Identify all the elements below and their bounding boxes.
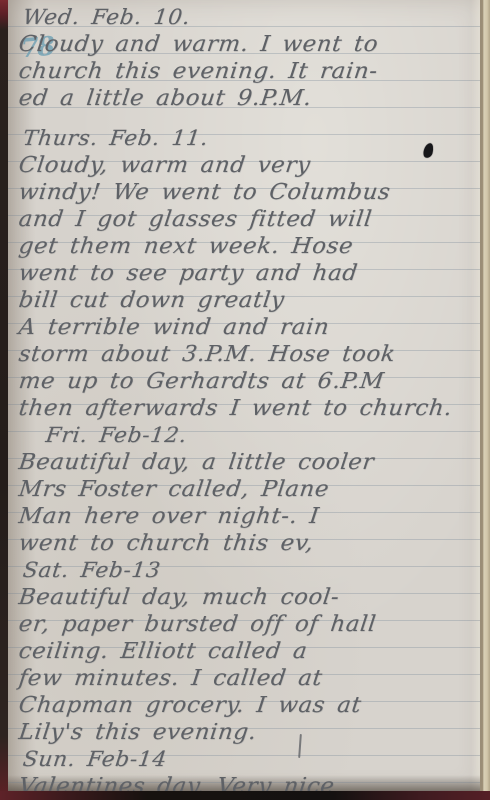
entry-line: me up to Gerhardts at 6.P.M (15, 368, 490, 395)
entry-line: went to see party and had (15, 260, 490, 287)
entry-line: and I got glasses fitted will (15, 206, 490, 233)
entry-line: then afterwards I went to church. (15, 395, 490, 422)
entry-line: Lily's this evening. (15, 719, 490, 746)
entry-line: ceiling. Elliott called a (15, 638, 490, 665)
underlying-page-edge (482, 0, 490, 791)
diary-page: 78 Wed. Feb. 10. Cloudy and warm. I went… (8, 0, 482, 791)
entry-line: Beautiful day, a little cooler (15, 449, 490, 476)
entry-line: get them next week. Hose (15, 233, 490, 260)
entry-line: church this evening. It rain- (15, 58, 490, 85)
entry-line: few minutes. I called at (15, 665, 490, 692)
entry-line: Cloudy, warm and very (15, 152, 490, 179)
entry-date: Fri. Feb-12. (15, 422, 490, 449)
entry-line: Beautiful day, much cool- (15, 584, 490, 611)
entry-date: Wed. Feb. 10. (15, 4, 490, 31)
entry-line: A terrible wind and rain (15, 314, 490, 341)
diary-scan: 78 Wed. Feb. 10. Cloudy and warm. I went… (0, 0, 490, 800)
diary-entry-wed-feb-10: Wed. Feb. 10. Cloudy and warm. I went to… (15, 4, 470, 112)
entry-line: storm about 3.P.M. Hose took (15, 341, 490, 368)
book-spine-edge (0, 0, 8, 800)
entry-date: Sun. Feb-14 (15, 746, 490, 773)
entry-line: Man here over night-. I (15, 503, 490, 530)
diary-entry-sat-feb-13: Sat. Feb-13 Beautiful day, much cool- er… (15, 557, 470, 746)
entry-line: windy! We went to Columbus (15, 179, 490, 206)
entry-line: er, paper bursted off of hall (15, 611, 490, 638)
entry-date: Thurs. Feb. 11. (15, 125, 490, 152)
entry-line: ed a little about 9.P.M. (15, 85, 490, 112)
entry-line: Mrs Foster called, Plane (15, 476, 490, 503)
entry-date: Sat. Feb-13 (15, 557, 490, 584)
entry-line: Cloudy and warm. I went to (15, 31, 490, 58)
entry-line: Chapman grocery. I was at (15, 692, 490, 719)
diary-entry-fri-feb-12: Fri. Feb-12. Beautiful day, a little coo… (15, 422, 470, 557)
entry-line: went to church this ev, (15, 530, 490, 557)
handwritten-entries: Wed. Feb. 10. Cloudy and warm. I went to… (15, 4, 470, 800)
diary-entry-thurs-feb-11: Thurs. Feb. 11. Cloudy, warm and very wi… (15, 125, 470, 422)
entry-line: bill cut down greatly (15, 287, 490, 314)
book-cover-bottom-edge (0, 791, 490, 800)
